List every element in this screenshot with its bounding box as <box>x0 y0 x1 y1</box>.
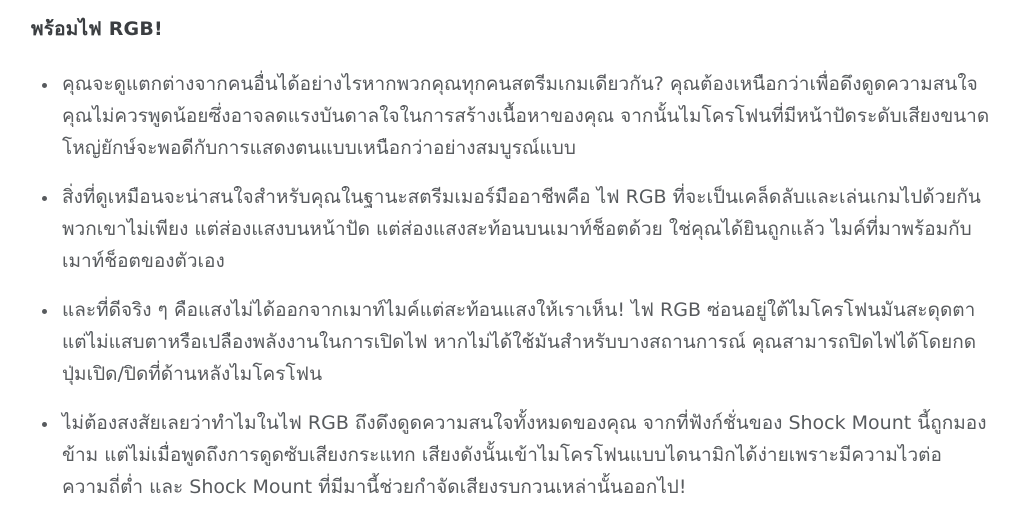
feature-bullet-list: คุณจะดูแตกต่างจากคนอื่นได้อย่างไรหากพวกค… <box>31 68 992 503</box>
section-heading: พร้อมไฟ RGB! <box>31 16 992 42</box>
bullet-item: คุณจะดูแตกต่างจากคนอื่นได้อย่างไรหากพวกค… <box>58 68 992 164</box>
bullet-item: สิ่งที่ดูเหมือนจะน่าสนใจสำหรับคุณในฐานะส… <box>58 181 992 277</box>
product-description-section: พร้อมไฟ RGB! คุณจะดูแตกต่างจากคนอื่นได้อ… <box>0 0 1024 523</box>
bullet-item: และที่ดีจริง ๆ คือแสงไม่ได้ออกจากเมาท์ไม… <box>58 294 992 390</box>
bullet-item: ไม่ต้องสงสัยเลยว่าทำไมในไฟ RGB ถึงดึงดูด… <box>58 407 992 503</box>
